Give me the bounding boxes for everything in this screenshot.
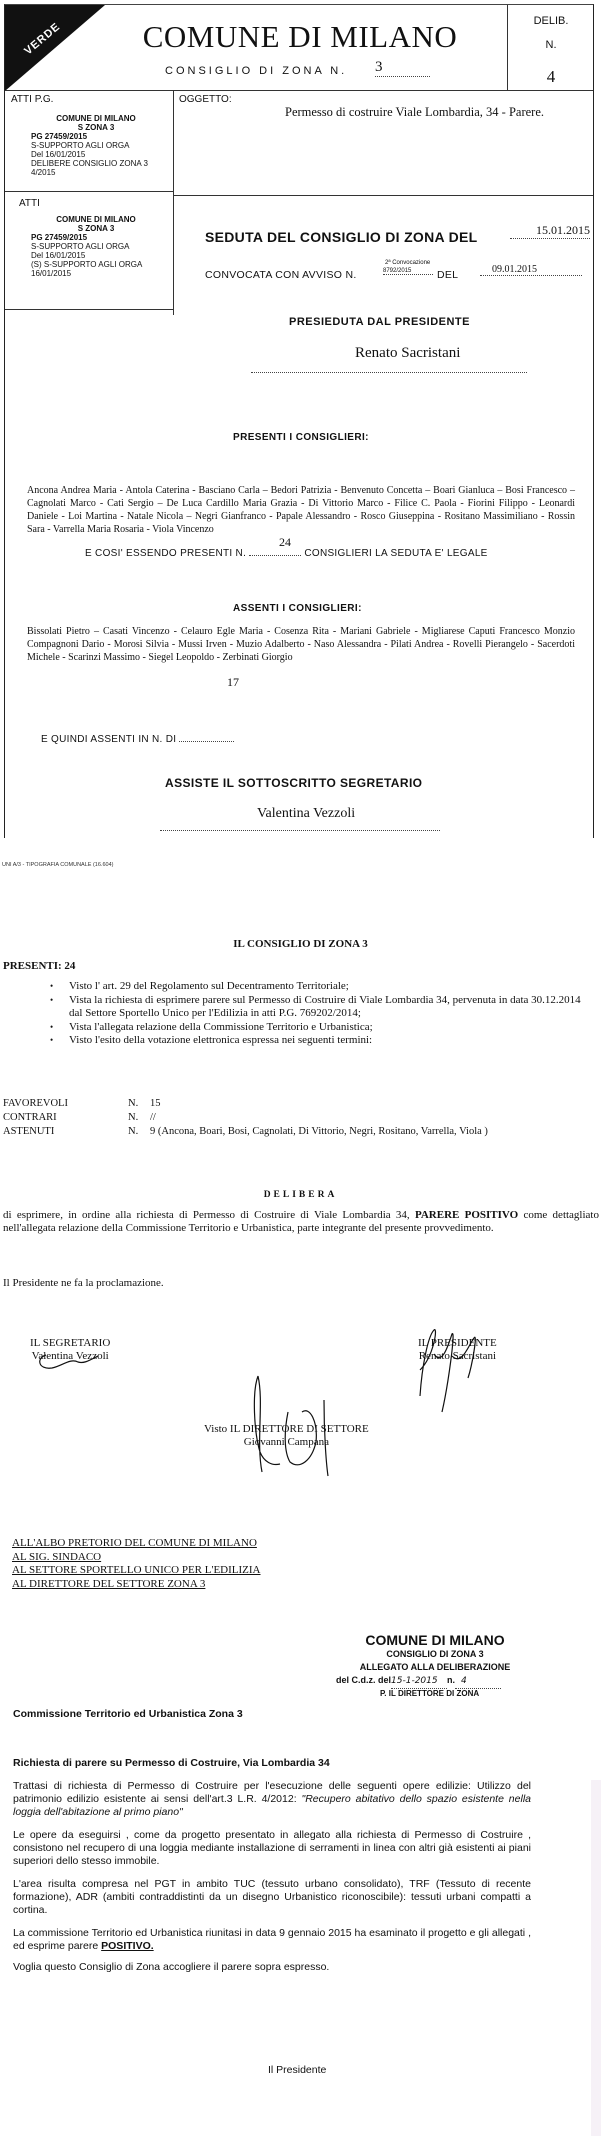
allegato-stamp: COMUNE DI MILANO CONSIGLIO DI ZONA 3 ALL… bbox=[330, 1632, 540, 1698]
list-item: Vista l'allegata relazione della Commiss… bbox=[50, 1021, 590, 1035]
presieduta-label: PRESIEDUTA DAL PRESIDENTE bbox=[289, 316, 470, 328]
council-header: IL CONSIGLIO DI ZONA 3 bbox=[0, 938, 601, 950]
protocol-stamp-2: COMUNE DI MILANO S ZONA 3 PG 27459/2015 … bbox=[31, 215, 161, 278]
document-title: COMUNE DI MILANO bbox=[135, 19, 465, 55]
segretario-name: Valentina Vezzoli bbox=[257, 806, 355, 822]
report-paragraph-5: Voglia questo Consiglio di Zona accoglie… bbox=[13, 1961, 531, 1974]
recipients-list: ALL'ALBO PRETORIO DEL COMUNE DI MILANO A… bbox=[12, 1537, 261, 1591]
seduta-label: SEDUTA DEL CONSIGLIO DI ZONA DEL bbox=[205, 229, 478, 245]
deliberation-form: VERDE COMUNE DI MILANO CONSIGLIO DI ZONA… bbox=[4, 4, 594, 838]
segretario-signature bbox=[32, 1352, 102, 1372]
delib-n-label: N. bbox=[511, 39, 591, 51]
presenti-header: PRESENTI I CONSIGLIERI: bbox=[233, 432, 369, 443]
report-signature: Il Presidente bbox=[268, 2064, 326, 2077]
considerations-list: Visto l' art. 29 del Regolamento sul Dec… bbox=[50, 980, 590, 1048]
seduta-date: 15.01.2015 bbox=[510, 223, 590, 239]
assenti-count: 17 bbox=[227, 675, 239, 690]
scan-edge bbox=[591, 1780, 601, 2136]
presenti-names: Ancona Andrea Maria - Antola Caterina - … bbox=[27, 484, 575, 536]
vote-results: FAVOREVOLIN.15 CONTRARIN.// ASTENUTIN. 9… bbox=[3, 1097, 488, 1139]
oggetto-value: Permesso di costruire Viale Lombardia, 3… bbox=[285, 105, 544, 120]
report-paragraph-3: L'area risulta compresa nel PGT in ambit… bbox=[13, 1878, 531, 1917]
request-header: Richiesta di parere su Permesso di Costr… bbox=[13, 1757, 330, 1770]
atti-pg-label: ATTI P.G. bbox=[11, 94, 53, 105]
report-paragraph-4: La commissione Territorio ed Urbanistica… bbox=[13, 1927, 531, 1953]
list-item: Visto l' art. 29 del Regolamento sul Dec… bbox=[50, 980, 590, 994]
convocazione-note: 2ª Convocazione bbox=[385, 260, 430, 266]
report-paragraph-2: Le opere da eseguirsi , come da progetto… bbox=[13, 1829, 531, 1868]
del-label: DEL bbox=[437, 269, 458, 281]
avviso-number: 8792/2015 bbox=[383, 268, 433, 275]
assenti-header: ASSENTI I CONSIGLIERI: bbox=[233, 603, 362, 614]
assenti-statement: E QUINDI ASSENTI IN N. DI bbox=[41, 734, 234, 745]
list-item: Vista la richiesta di esprimere parere s… bbox=[50, 994, 590, 1021]
delib-label: DELIB. bbox=[511, 15, 591, 27]
corner-triangle bbox=[5, 5, 105, 91]
table-row: ASTENUTIN. 9 (Ancona, Boari, Bosi, Cagno… bbox=[3, 1125, 488, 1139]
atti-label: ATTI bbox=[19, 198, 40, 209]
recipient: AL SIG. SINDACO bbox=[12, 1551, 261, 1565]
legale-statement: E COSI' ESSENDO PRESENTI N. CONSIGLIERI … bbox=[85, 548, 488, 559]
direttore-signature bbox=[250, 1372, 340, 1476]
presidente-name: Renato Sacristani bbox=[355, 345, 460, 362]
recipient: ALL'ALBO PRETORIO DEL COMUNE DI MILANO bbox=[12, 1537, 261, 1551]
oggetto-label: OGGETTO: bbox=[179, 94, 232, 105]
table-row: CONTRARIN.// bbox=[3, 1111, 488, 1125]
table-row: FAVOREVOLIN.15 bbox=[3, 1097, 488, 1111]
recipient: AL SETTORE SPORTELLO UNICO PER L'EDILIZI… bbox=[12, 1564, 261, 1578]
assenti-names: Bissolati Pietro – Casati Vincenzo - Cel… bbox=[27, 625, 575, 664]
presidente-signature bbox=[412, 1326, 492, 1416]
commission-header: Commissione Territorio ed Urbanistica Zo… bbox=[13, 1708, 243, 1721]
protocol-stamp-1: COMUNE DI MILANO S ZONA 3 PG 27459/2015 … bbox=[31, 114, 161, 177]
delib-number: 4 bbox=[511, 67, 591, 87]
list-item: Visto l'esito della votazione elettronic… bbox=[50, 1034, 590, 1048]
proclamation: Il Presidente ne fa la proclamazione. bbox=[3, 1277, 164, 1289]
assiste-label: ASSISTE IL SOTTOSCRITTO SEGRETARIO bbox=[165, 776, 422, 790]
delibera-heading: DELIBERA bbox=[0, 1190, 601, 1200]
presenti-summary: PRESENTI: 24 bbox=[3, 960, 75, 972]
council-zone-label: CONSIGLIO DI ZONA N. bbox=[165, 65, 347, 77]
delibera-text: di esprimere, in ordine alla richiesta d… bbox=[3, 1209, 599, 1235]
printer-footer: UNI A/3 - TIPOGRAFIA COMUNALE (16.604) bbox=[2, 862, 113, 868]
report-paragraph-1: Trattasi di richiesta di Permesso di Cos… bbox=[13, 1780, 531, 1819]
recipient: AL DIRETTORE DEL SETTORE ZONA 3 bbox=[12, 1578, 261, 1592]
verde-corner-badge: VERDE bbox=[5, 5, 105, 91]
convocata-label: CONVOCATA CON AVVISO N. bbox=[205, 269, 357, 281]
avviso-date: 09.01.2015 bbox=[480, 264, 582, 276]
zone-number: 3 bbox=[375, 59, 430, 77]
